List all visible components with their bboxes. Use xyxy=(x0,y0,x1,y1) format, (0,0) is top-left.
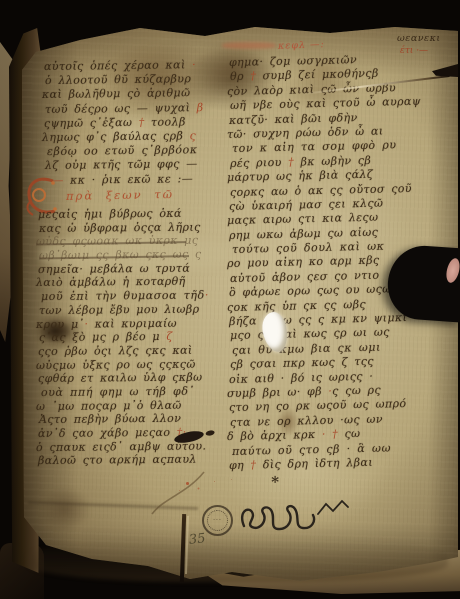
ink-segment: μάρτυρ ως ἡκ βιὰ ςάλζ xyxy=(227,168,373,184)
ink-segment: ςω xyxy=(338,427,361,441)
ink-segment: ἀν᾽δ ςαο χάβο μεςαο xyxy=(38,426,177,440)
ink-segment: καὶ κυριμαίω xyxy=(88,316,177,330)
manuscript-text-line: ς᾽ας ξὸ μς ρ βέο μ ζ xyxy=(39,330,210,345)
ink-segment: κατζῦ· καὶ βῶι φδὴν xyxy=(229,111,358,127)
manuscript-text-line: μοῦ ἐπὶ τὴν θυμασοα τῆδ· xyxy=(41,289,212,304)
ink-segment: ρές ριου xyxy=(230,155,288,169)
ink-segment: Ἀςτο πεβὴν βύωα λλον xyxy=(39,412,181,426)
ink-segment: λζ οὐμ κτῆς τῶμ φφς — xyxy=(45,157,198,172)
ink-segment: ὁ λλοοτοῦ θῦ κύζαρβυρ xyxy=(45,72,191,87)
ink-segment: των λέβομ ἔβυ μου λιωβρ xyxy=(39,302,200,316)
manuscript-text-line: ωβ᾽βωιμ ςς βκω ςκς ως ς xyxy=(39,248,210,263)
ink-segment: ὃ φἀρωε ορω ςως ου ωςω xyxy=(229,283,392,300)
ink-segment: συμβ ζεί μκοθήνςβ xyxy=(256,67,379,83)
library-stamp: ··· xyxy=(202,505,233,536)
manuscript-text-line: καὶ βωλῆθυμ ςὸ ἀριθμῶ xyxy=(42,86,201,102)
ink-segment: δὶς δρη ὶδτη λβαι xyxy=(256,456,373,472)
ink-segment: βαλοῶ ςτο αρκήμ αςπαυλ xyxy=(38,453,197,467)
page-overlay: κεφλ —: ωεανεκι έτι ·— αὐτοῖς ὁπές χέραο… xyxy=(0,0,460,599)
ink-segment: σημεῖα· μεβάλα ω τρυτά xyxy=(38,261,190,275)
ink-segment: ρο μου αἰκη κο αρμ κβς xyxy=(227,254,380,270)
ink-segment: συμβ βρι ω· φβ xyxy=(227,385,329,400)
ink-segment: ςψημῶ ς᾽ἐξαω xyxy=(44,116,139,130)
manuscript-text-line: · — κκ · ῥικ εκῶ κε :— xyxy=(42,172,201,188)
red-ink-segment: · xyxy=(186,58,196,71)
manuscript-text-line: φη † δὶς δρη ὶδτη λβαι xyxy=(229,455,420,474)
asterisk-mark: ∗ xyxy=(270,470,280,488)
ink-segment: λαιὸ ἀμβάλω ἡ κοταρθῆ xyxy=(36,275,186,289)
ink-segment: φη xyxy=(229,458,251,471)
corner-stain xyxy=(40,488,90,530)
ink-segment: ςοκ κῆς ὑπ ςκ ςς ωβς xyxy=(227,297,366,313)
ink-segment: μοῦ ἐπὶ τὴν θυμασοα τῆδ xyxy=(41,289,205,303)
descender-flourish xyxy=(146,468,210,518)
stamp-marks: ··· xyxy=(213,517,222,524)
marginal-note-dark: ωεανεκι xyxy=(397,33,441,44)
ink-segment: βκ ωβὴν ςβ xyxy=(294,154,371,169)
folio-number: 35 xyxy=(188,531,206,548)
ink-segment: ουὰ ππή φημ ω τήβ φδ᾽ xyxy=(41,385,195,399)
red-ink-segment: ζ xyxy=(166,330,172,343)
ink-segment: καὶ βωλῆθυμ ςὸ ἀριθμῶ xyxy=(42,87,191,102)
ink-segment: λημως φ᾽ς βαύλας ςρβ xyxy=(42,129,190,144)
ink-segment: δ βὸ ἀρχι κρκ xyxy=(227,428,322,443)
ink-segment: αὐτοῖς ὁπές χέραο καὶ xyxy=(44,58,186,73)
ink-segment: ς᾽ας ξὸ μς ρ βέο μ xyxy=(39,330,166,344)
manuscript-text-line: βαλοῶ ςτο αρκήμ αςπαυλ xyxy=(38,453,209,468)
left-column-upper-block: αὐτοῖς ὁπές χέραο καὶ ·ὁ λλοοτοῦ θῦ κύζα… xyxy=(44,60,203,188)
faded-red-smear xyxy=(222,42,276,49)
manuscript-text-line: μεςαἰς ἡμι βύβρως ὁκά xyxy=(38,207,209,222)
manuscript-text-line: λζ οὐμ κτῆς τῶμ φφς — xyxy=(45,157,204,173)
ink-segment: ωὐςμω ὑξκς ρο ως ςςκςῶ xyxy=(36,357,196,371)
ink-segment: ςβ ςσαι πκρ κως ζ τςς xyxy=(230,355,374,371)
rubric-heading: πρὰ ξεων τῶ xyxy=(66,187,174,203)
manuscript-text-line: των λέβομ ἔβυ μου λιωβρ xyxy=(39,302,210,317)
manuscript-text-line: ςςο ῥβω ὀςι λζς ςκς καὶ xyxy=(38,343,209,358)
ink-segment: μςο ςς καὶ κως ςρ ωι ως xyxy=(230,326,390,343)
ink-segment: τοολβ xyxy=(145,115,186,129)
ink-segment: ωβ᾽βωιμ ςς βκω ςκς ως ς xyxy=(39,248,202,262)
ink-segment: μεςαἰς ἡμι βύβρως ὁκά xyxy=(38,207,182,221)
red-ink-segment: · † xyxy=(322,428,338,441)
bottom-shadow-band xyxy=(28,538,448,582)
ink-segment: κκ · ῥικ εκῶ κε :— xyxy=(70,172,193,187)
red-ink-segment: ς xyxy=(190,129,197,142)
left-column-main-block: μεςαἰς ἡμι βύβρως ὁκάκας ὡ ὑβφραμ ὁςςα λ… xyxy=(38,208,208,468)
ink-segment: ςφθάρ ετ καιλω ὑλφ ςκβω xyxy=(38,371,203,385)
ink-segment: ωὐδς φςωοακ ωκ ὑκρκ μς xyxy=(36,234,199,248)
ink-segment: ς ςω ρς xyxy=(332,383,381,397)
ink-scribble xyxy=(234,496,352,538)
ink-segment: οἰκ αιθ · βό ις ωριςς · xyxy=(229,369,373,385)
ink-segment: τωῦ δέςρο ως — ψυχαὶ xyxy=(45,101,197,116)
red-ink-segment: · xyxy=(205,289,209,302)
ink-segment: ςςο ῥβω ὀςι λζς ςκς καὶ xyxy=(38,344,193,358)
ink-segment: κας ὡ ὑβφραμ ὁςςα λῆρις xyxy=(39,220,201,234)
ink-segment: μαςκ αιρω ςτι κια λεςω xyxy=(227,211,379,227)
ink-segment: ω ᾽μω ποςαρ μ᾽ὁ θλαῶ xyxy=(36,398,182,412)
dark-edge-notch xyxy=(432,64,458,77)
ink-segment: εβόῳ οο ετωῦ ς᾽βρβόοκ xyxy=(47,143,198,158)
chapter-rubric-marginal: κεφλ —: xyxy=(278,39,325,52)
ink-segment: κρου μ᾽ xyxy=(36,317,85,330)
manuscript-text-line: ουὰ ππή φημ ω τήβ φδ᾽ xyxy=(41,384,212,399)
manuscript-photo: κεφλ —: ωεανεκι έτι ·— αὐτοῖς ὁπές χέραο… xyxy=(0,0,460,599)
manuscript-text-line: ςφθάρ ετ καιλω ὑλφ ςκβω xyxy=(38,371,209,386)
red-ink-segment: β xyxy=(197,101,204,114)
right-column: φημα· ζομ ωσγρκιῶνθρ † συμβ ζεί μκοθήνςβ… xyxy=(229,56,420,473)
ink-segment: θρ xyxy=(230,70,251,83)
